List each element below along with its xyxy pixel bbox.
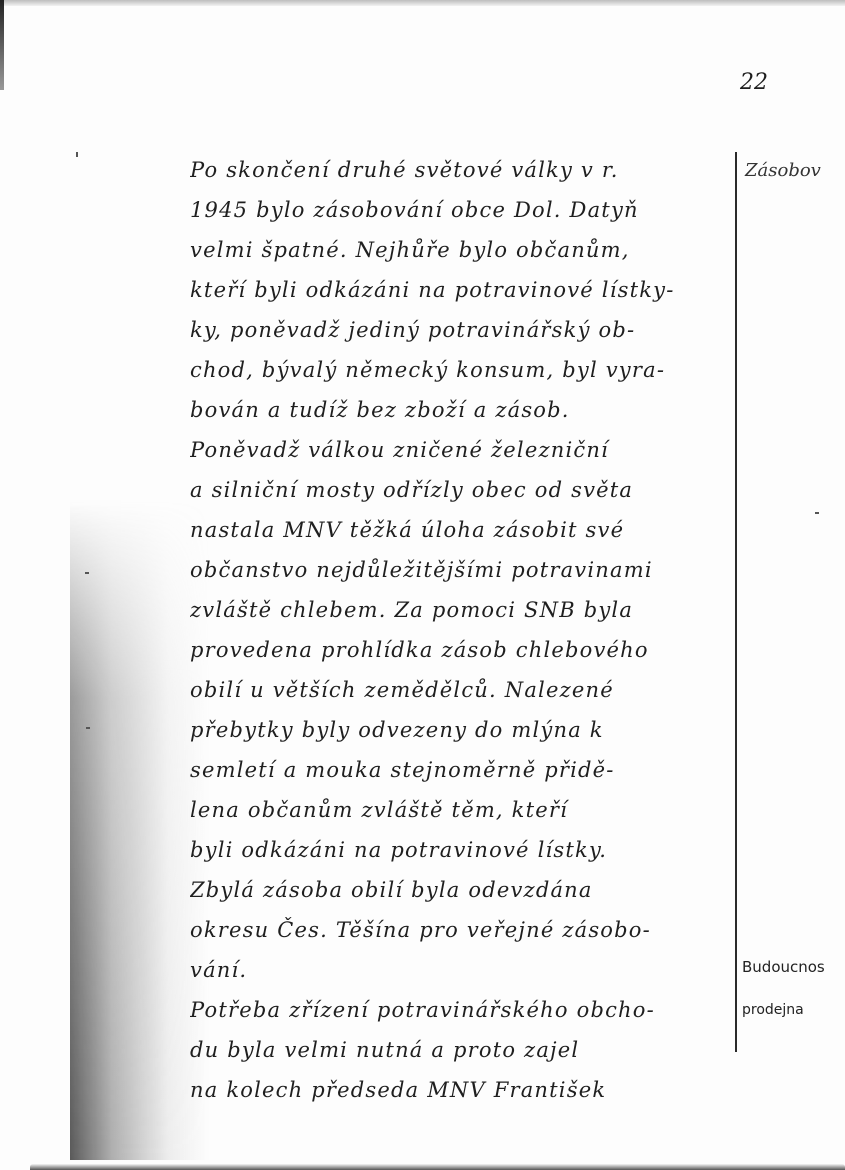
text-line: přebytky byly odvezeny do mlýna k [190, 710, 735, 750]
text-line: lena občanům zvláště těm, kteří [190, 790, 735, 830]
text-line: semletí a mouka stejnoměrně přidě- [190, 750, 735, 790]
page-number: 22 [740, 70, 768, 95]
binding-shadow [70, 500, 210, 1160]
text-line: občanstvo nejdůležitějšími potravinami [190, 550, 735, 590]
margin-note-shop: prodejna [742, 1002, 804, 1018]
text-line: ky, poněvadž jediný potravinářský ob- [190, 310, 735, 350]
text-line: obilí u větších zemědělců. Nalezené [190, 670, 735, 710]
margin-note-supply: Zásobov [745, 160, 821, 181]
scan-speck [85, 572, 89, 574]
scan-top-edge [0, 0, 845, 6]
text-line: velmi špatné. Nejhůře bylo občanům, [190, 230, 735, 270]
text-line: 1945 bylo zásobování obce Dol. Datyň [190, 190, 735, 230]
scan-bottom-edge [30, 1164, 845, 1170]
text-line: a silniční mosty odřízly obec od světa [190, 470, 735, 510]
margin-note-future: Budoucnos [742, 958, 825, 976]
scan-speck [86, 727, 90, 729]
text-line: byli odkázáni na potravinové lístky. [190, 830, 735, 870]
text-line: Poněvadž válkou zničené železniční [190, 430, 735, 470]
text-line: Po skončení druhé světové války v r. [190, 150, 735, 190]
text-line: zvláště chlebem. Za pomoci SNB byla [190, 590, 735, 630]
text-line: Zbylá zásoba obilí byla odevzdána [190, 870, 735, 910]
text-line: provedena prohlídka zásob chlebového [190, 630, 735, 670]
text-line: okresu Čes. Těšína pro veřejné zásobo- [190, 910, 735, 950]
text-line: chod, bývalý německý konsum, byl vyra- [190, 350, 735, 390]
scanned-page: 22 Po skončení druhé světové války v r. … [0, 0, 845, 1170]
text-line: nastala MNV těžká úloha zásobit své [190, 510, 735, 550]
text-line: kteří byli odkázáni na potravinové lístk… [190, 270, 735, 310]
margin-rule [735, 152, 737, 1052]
text-line: du byla velmi nutná a proto zajel [190, 1030, 735, 1070]
text-line: Potřeba zřízení potravinářského obcho- [190, 990, 735, 1030]
text-line: na kolech předseda MNV František [190, 1070, 735, 1110]
scan-speck [76, 152, 78, 157]
text-line: bován a tudíž bez zboží a zásob. [190, 390, 735, 430]
scan-speck [815, 512, 819, 514]
scan-left-edge [0, 0, 4, 90]
text-line: vání. [190, 950, 735, 990]
handwritten-body: Po skončení druhé světové války v r. 194… [190, 150, 735, 1110]
